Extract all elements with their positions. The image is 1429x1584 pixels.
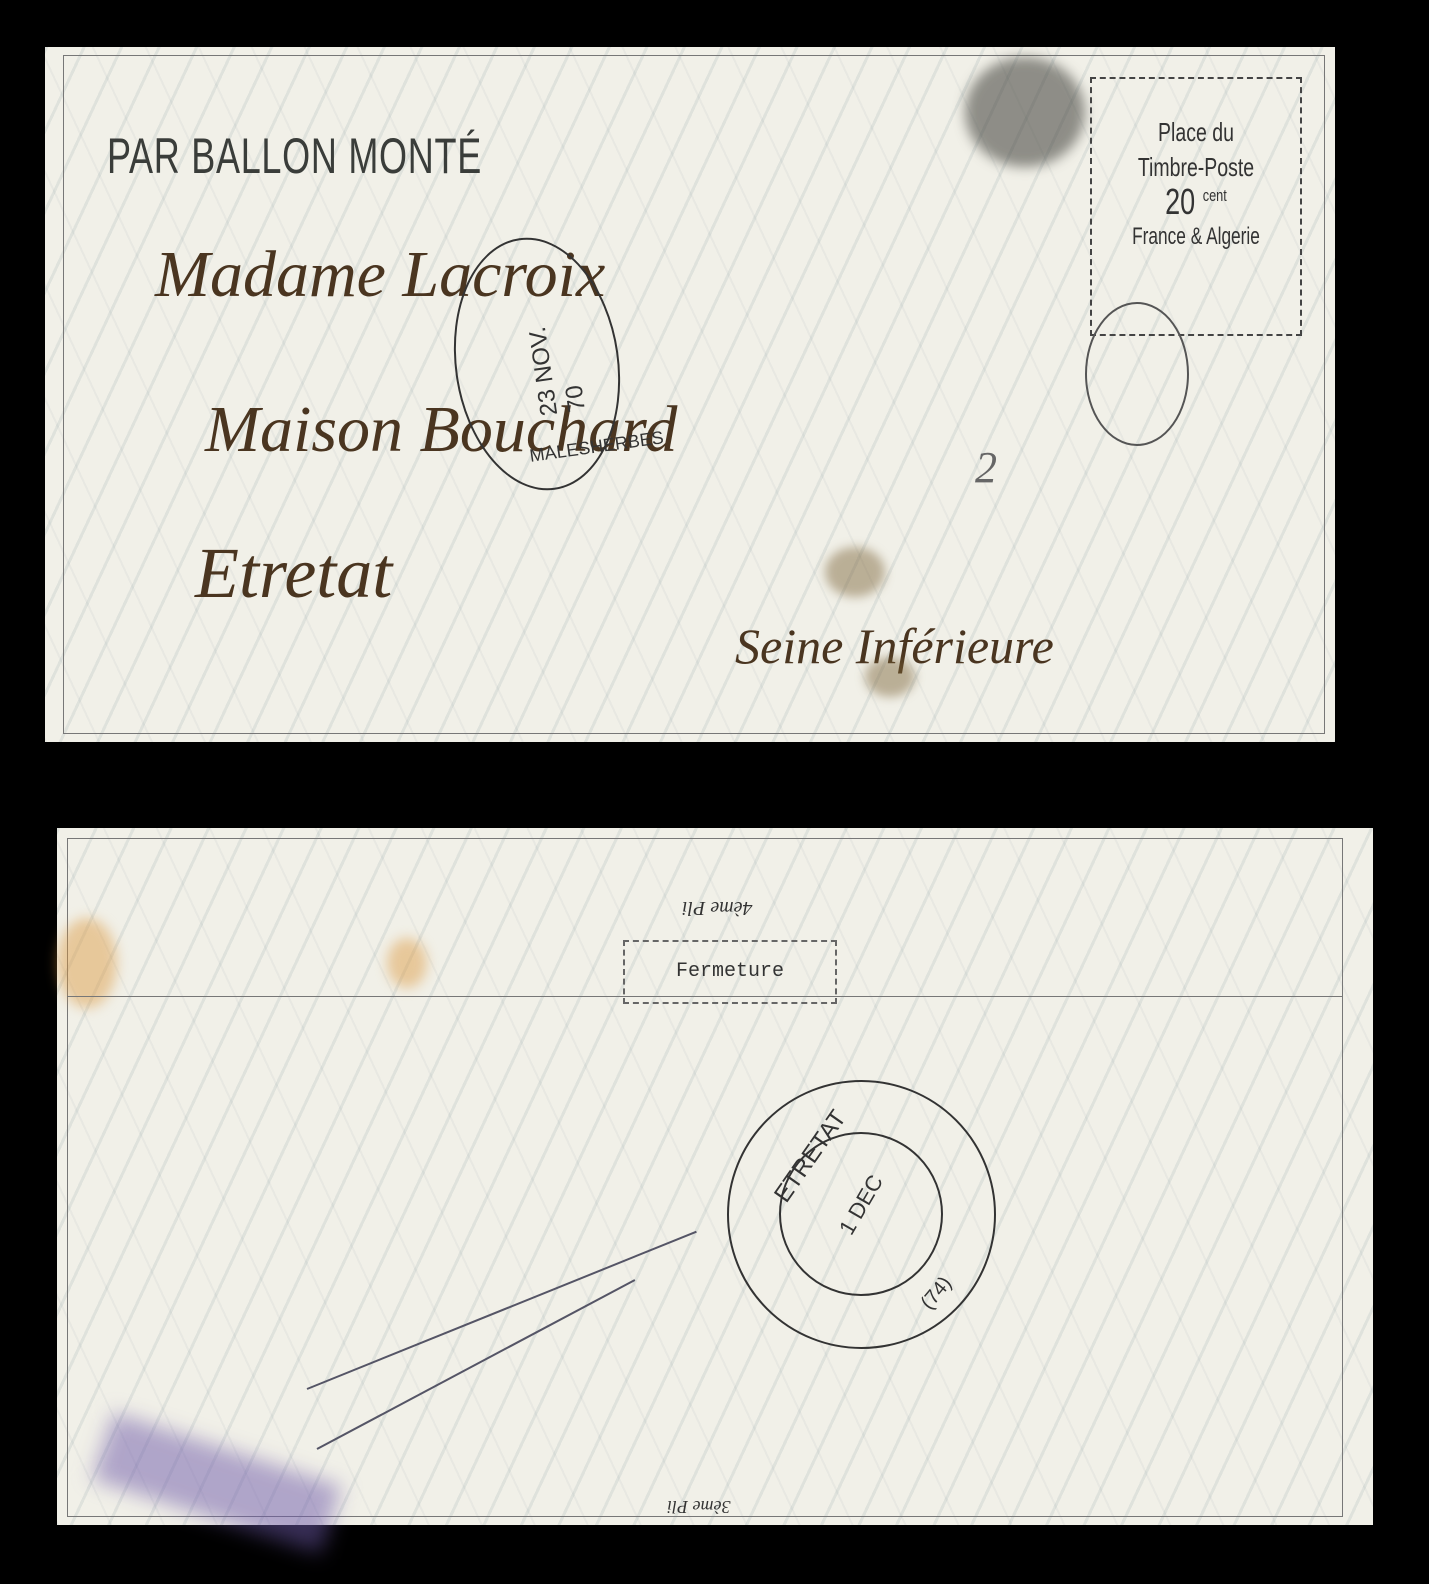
heading: PAR BALLON MONTÉ [107, 127, 482, 185]
stamp-placeholder-box: Place du Timbre-Poste 20 cent France & A… [1090, 77, 1302, 336]
stamp-value: 20 cent [1118, 181, 1274, 223]
cancel-blot [965, 57, 1085, 167]
address-line3: Etretat [195, 532, 392, 615]
fold-line [67, 996, 1343, 997]
cover-back: 4ème Pli Fermeture ETRETAT (74) 1 DEC 3è… [57, 828, 1373, 1525]
stain [387, 938, 427, 988]
stamp-value-number: 20 [1165, 181, 1195, 222]
stamp-value-unit: cent [1203, 186, 1227, 205]
postmark-dept: (74) [917, 1272, 957, 1314]
oval-mark [1085, 302, 1189, 446]
stain [825, 547, 885, 597]
pencil-mark: 2 [975, 442, 997, 493]
etretat-postmark: ETRETAT (74) 1 DEC [727, 1080, 996, 1349]
fermeture-label: Fermeture [623, 940, 837, 1004]
fold-note-top: 4ème Pli [682, 896, 753, 919]
cover-front: PAR BALLON MONTÉ Place du Timbre-Poste 2… [45, 47, 1335, 742]
postmark-date: 23 NOV. 70 [520, 291, 592, 418]
stain [57, 918, 117, 1008]
stamp-line2: Timbre-Poste [1118, 152, 1274, 183]
fold-note-bottom: 3ème Pli [667, 1496, 730, 1517]
stamp-line1: Place du [1118, 117, 1274, 148]
stamp-line4: France & Algerie [1121, 223, 1271, 251]
stain [865, 657, 915, 697]
